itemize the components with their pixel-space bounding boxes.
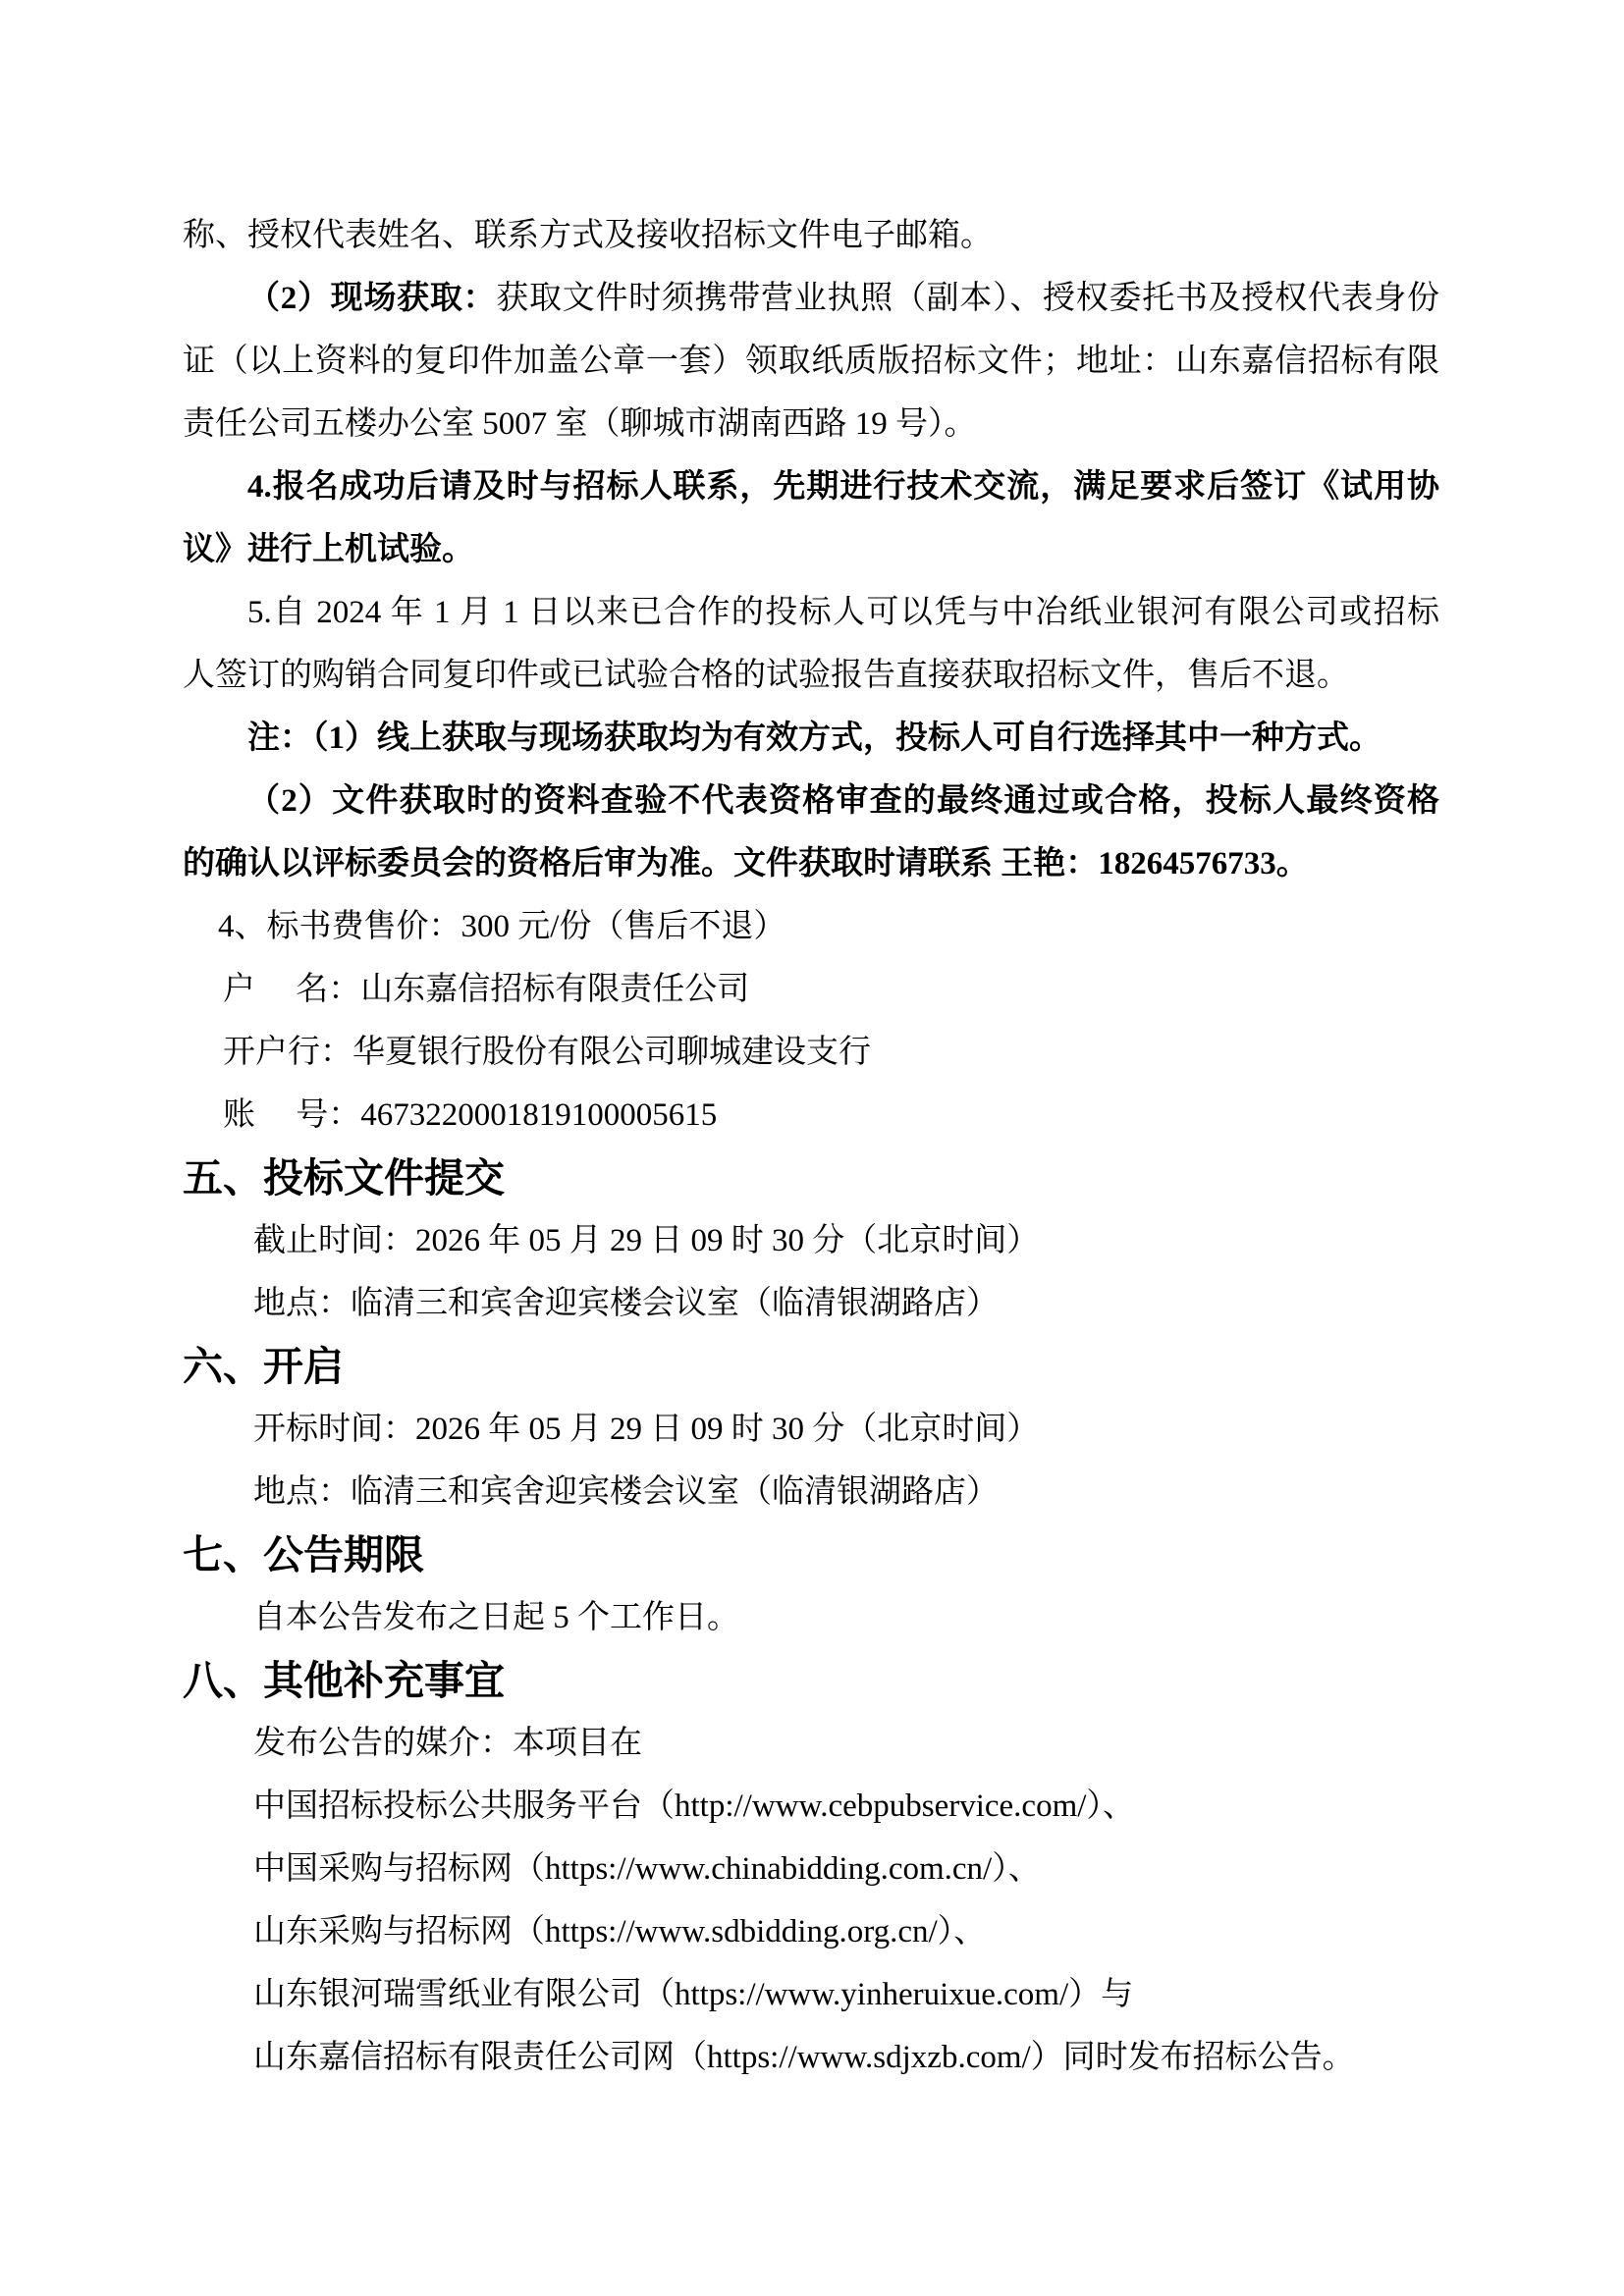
text-segment: 责任公司五楼办公室 5007 室（聊城市湖南西路 19 号）。	[183, 406, 977, 442]
text-segment: 5.自 2024 年 1 月 1 日以来已合作的投标人可以凭与中冶纸业银河有限公…	[247, 595, 1439, 630]
paragraph-line: 责任公司五楼办公室 5007 室（聊城市湖南西路 19 号）。	[183, 393, 1439, 455]
paragraph-line: 地点：临清三和宾舍迎宾楼会议室（临清银湖路店）	[183, 1461, 1439, 1523]
text-segment: 地点：临清三和宾舍迎宾楼会议室（临清银湖路店）	[253, 1286, 999, 1321]
paragraph-line: 山东采购与招标网（https://www.sdbidding.org.cn/）、	[183, 1900, 1439, 1963]
paragraph-line: 开标时间：2026 年 05 月 29 日 09 时 30 分（北京时间）	[183, 1398, 1439, 1461]
text-segment: 截止时间：2026 年 05 月 29 日 09 时 30 分（北京时间）	[253, 1223, 1039, 1258]
paragraph-line: 山东银河瑞雪纸业有限公司（https://www.yinheruixue.com…	[183, 1963, 1439, 2026]
paragraph-line: 5.自 2024 年 1 月 1 日以来已合作的投标人可以凭与中冶纸业银河有限公…	[183, 581, 1439, 644]
text-segment: 人签订的购销合同复印件或已试验合格的试验报告直接获取招标文件，售后不退。	[183, 658, 1349, 693]
text-segment: 称、授权代表姓名、联系方式及接收招标文件电子邮箱。	[183, 218, 993, 253]
text-segment: 4.报名成功后请及时与招标人联系，先期进行技术交流，满足要求后签订《试用协	[247, 469, 1439, 505]
paragraph-line: 开户行：华夏银行股份有限公司聊城建设支行	[183, 1021, 1439, 1084]
section-heading: 七、公告期限	[183, 1523, 1439, 1586]
text-segment: 山东采购与招标网（https://www.sdbidding.org.cn/）、	[253, 1914, 986, 1949]
paragraph-line: 户 名：山东嘉信招标有限责任公司	[183, 958, 1439, 1021]
paragraph-line: 4.报名成功后请及时与招标人联系，先期进行技术交流，满足要求后签订《试用协	[183, 455, 1439, 518]
document-content: 称、授权代表姓名、联系方式及接收招标文件电子邮箱。（2）现场获取：获取文件时须携…	[183, 204, 1439, 2089]
text-segment: 发布公告的媒介：本项目在	[253, 1726, 642, 1761]
paragraph-line: （2）现场获取：获取文件时须携带营业执照（副本）、授权委托书及授权代表身份	[183, 267, 1439, 330]
text-segment: 中国采购与招标网（https://www.chinabidding.com.cn…	[253, 1851, 1041, 1887]
paragraph-line: 4、标书费售价：300 元/份（售后不退）	[183, 895, 1439, 958]
text-segment: 中国招标投标公共服务平台（http://www.cebpubservice.co…	[253, 1789, 1135, 1824]
text-segment: 开户行：华夏银行股份有限公司聊城建设支行	[223, 1035, 871, 1070]
text-segment: （2）文件获取时的资料查验不代表资格审查的最终通过或合格，投标人最终资格	[247, 783, 1439, 819]
paragraph-line: 中国招标投标公共服务平台（http://www.cebpubservice.co…	[183, 1775, 1439, 1838]
text-segment: 证（以上资料的复印件加盖公章一套）领取纸质版招标文件；地址：山东嘉信招标有限	[183, 344, 1439, 379]
text-segment: 开标时间：2026 年 05 月 29 日 09 时 30 分（北京时间）	[253, 1412, 1039, 1447]
text-segment: 六、开启	[183, 1344, 344, 1389]
text-segment: 的确认以评标委员会的资格后审为准。文件获取时请联系 王艳：18264576733…	[183, 846, 1309, 881]
text-segment: 4、标书费售价：300 元/份（售后不退）	[218, 909, 785, 944]
paragraph-line: 账 号：4673220001819100005615	[183, 1084, 1439, 1147]
text-segment: 山东银河瑞雪纸业有限公司（https://www.yinheruixue.com…	[253, 1977, 1133, 2012]
text-segment: 议》进行上机试验。	[183, 532, 474, 567]
text-segment: 八、其他补充事宜	[183, 1658, 505, 1703]
paragraph-line: 人签订的购销合同复印件或已试验合格的试验报告直接获取招标文件，售后不退。	[183, 644, 1439, 707]
text-segment: 注：（1）线上获取与现场获取均为有效方式，投标人可自行选择其中一种方式。	[247, 721, 1381, 756]
text-segment: （2）现场获取：	[247, 281, 496, 316]
paragraph-line: （2）文件获取时的资料查验不代表资格审查的最终通过或合格，投标人最终资格	[183, 770, 1439, 832]
text-segment: 户 名：山东嘉信招标有限责任公司	[223, 972, 749, 1007]
text-segment: 账 号：4673220001819100005615	[223, 1097, 717, 1133]
paragraph-line: 截止时间：2026 年 05 月 29 日 09 时 30 分（北京时间）	[183, 1209, 1439, 1272]
paragraph-line: 自本公告发布之日起 5 个工作日。	[183, 1586, 1439, 1649]
paragraph-line: 中国采购与招标网（https://www.chinabidding.com.cn…	[183, 1838, 1439, 1900]
paragraph-line: 称、授权代表姓名、联系方式及接收招标文件电子邮箱。	[183, 204, 1439, 267]
text-segment: 自本公告发布之日起 5 个工作日。	[253, 1600, 739, 1635]
document-page: 称、授权代表姓名、联系方式及接收招标文件电子邮箱。（2）现场获取：获取文件时须携…	[0, 0, 1624, 2296]
paragraph-line: 发布公告的媒介：本项目在	[183, 1712, 1439, 1775]
text-segment: 七、公告期限	[183, 1532, 424, 1577]
text-segment: 地点：临清三和宾舍迎宾楼会议室（临清银湖路店）	[253, 1474, 999, 1510]
paragraph-line: 山东嘉信招标有限责任公司网（https://www.sdjxzb.com/）同时…	[183, 2026, 1439, 2089]
text-segment: 山东嘉信招标有限责任公司网（https://www.sdjxzb.com/）同时…	[253, 2040, 1355, 2075]
paragraph-line: 议》进行上机试验。	[183, 518, 1439, 581]
paragraph-line: 注：（1）线上获取与现场获取均为有效方式，投标人可自行选择其中一种方式。	[183, 707, 1439, 770]
paragraph-line: 证（以上资料的复印件加盖公章一套）领取纸质版招标文件；地址：山东嘉信招标有限	[183, 330, 1439, 393]
paragraph-line: 的确认以评标委员会的资格后审为准。文件获取时请联系 王艳：18264576733…	[183, 832, 1439, 895]
text-segment: 获取文件时须携带营业执照（副本）、授权委托书及授权代表身份	[496, 281, 1439, 316]
paragraph-line: 地点：临清三和宾舍迎宾楼会议室（临清银湖路店）	[183, 1272, 1439, 1335]
section-heading: 八、其他补充事宜	[183, 1649, 1439, 1712]
text-segment: 五、投标文件提交	[183, 1155, 505, 1201]
section-heading: 五、投标文件提交	[183, 1147, 1439, 1209]
section-heading: 六、开启	[183, 1335, 1439, 1398]
